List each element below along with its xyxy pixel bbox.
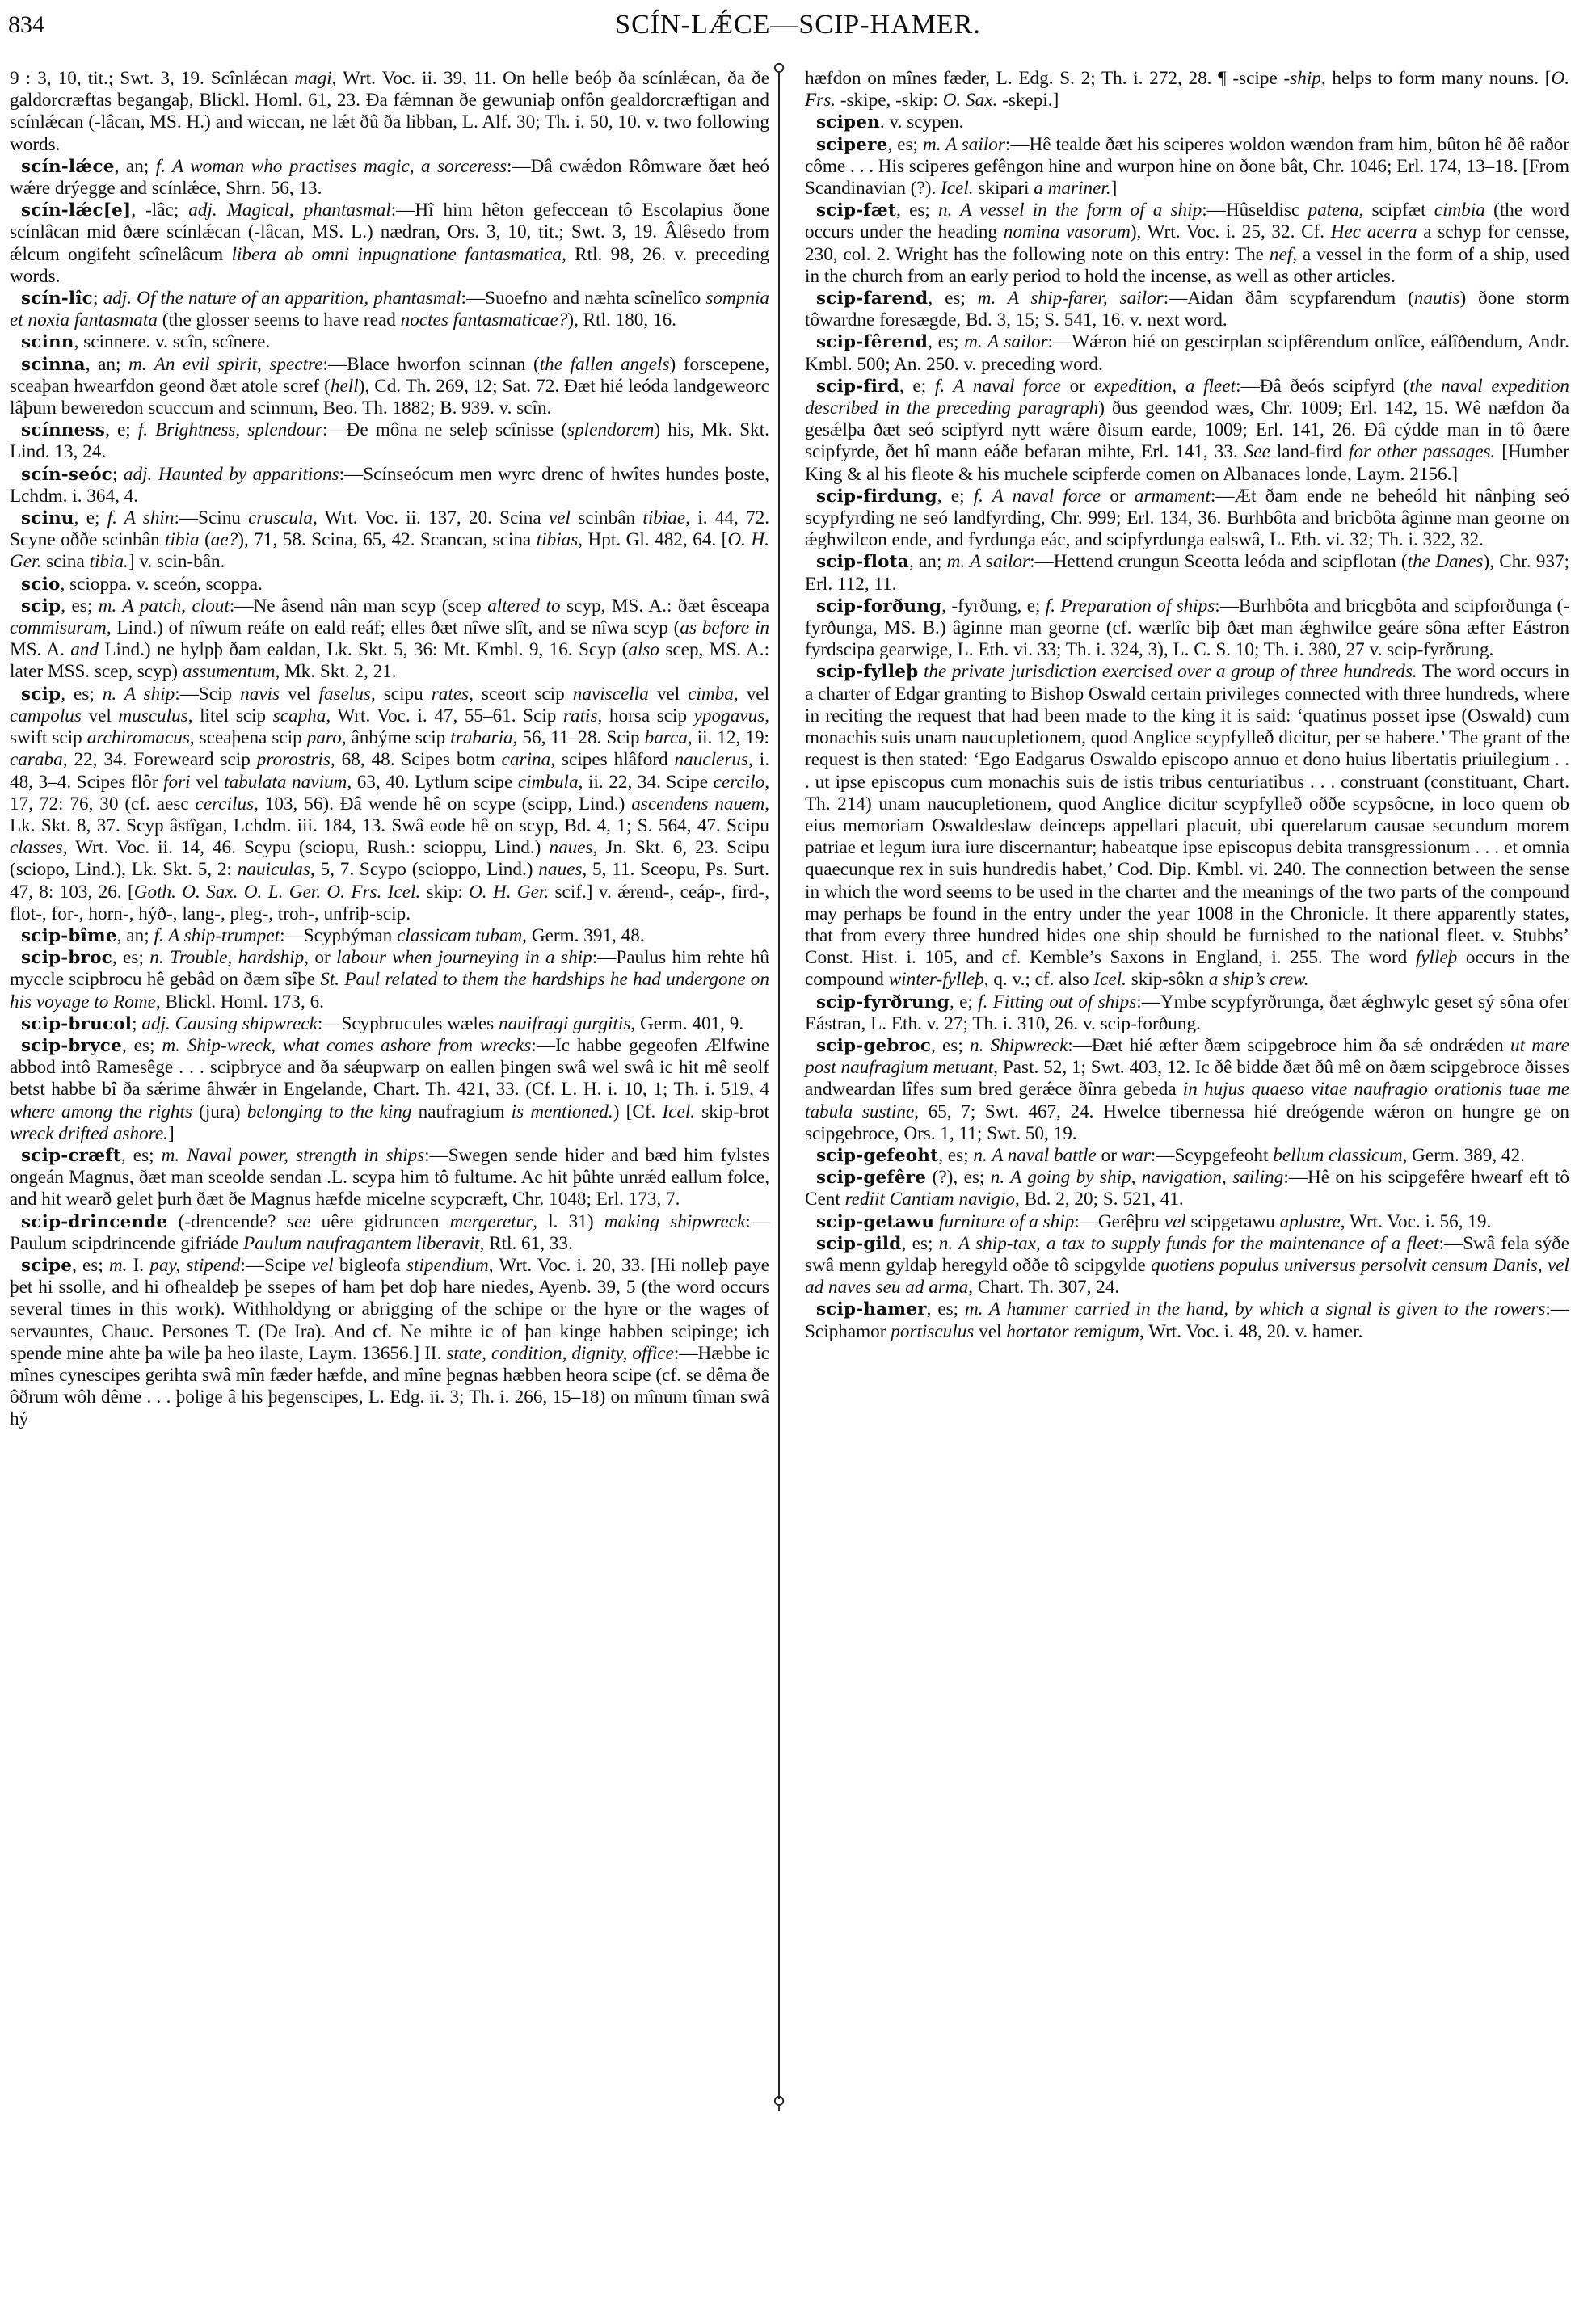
italic-gloss: cimba (688, 684, 734, 705)
entry-text: , Germ. 391, 48. (522, 925, 644, 946)
italic-gloss: Hec acerra (1331, 221, 1417, 242)
dictionary-entry: scipen. v. scypen. (805, 112, 1569, 133)
entry-text: , es; (931, 1035, 970, 1056)
italic-gloss: hortator remigum (1006, 1321, 1139, 1342)
headword: scip-brucol (21, 1014, 132, 1034)
entry-text: ; (112, 464, 124, 485)
entry-text: The word occurs in a charter of Edgar gr… (805, 661, 1569, 968)
entry-text: :—Scip (175, 684, 240, 705)
italic-gloss: patena (1308, 200, 1358, 221)
entry-text: , e; (105, 419, 138, 440)
entry-text: :—Ðâ ðeós scipfyrd ( (1236, 376, 1409, 397)
entry-text: , -fyrðung, e; (941, 596, 1046, 617)
italic-gloss: vel (312, 1255, 334, 1276)
italic-gloss: war (1122, 1145, 1151, 1166)
italic-gloss: f. Fitting out of ships (978, 991, 1136, 1012)
entry-text: . v. scypen. (880, 112, 963, 133)
italic-gloss: mergeretur (450, 1211, 533, 1232)
italic-gloss: adj. Causing shipwreck (141, 1013, 317, 1034)
entry-text: , vel (734, 684, 769, 705)
italic-gloss: campolus (10, 705, 82, 726)
dictionary-entry: scip-bîme, an; f. A ship-trumpet:—Scypbý… (10, 925, 769, 947)
italic-gloss: naues (538, 859, 582, 880)
italic-gloss: m. A hammer carried in the hand, by whic… (965, 1299, 1545, 1320)
headword: scipe (21, 1256, 72, 1276)
entry-text: :—Hettend crungun Sceotta leóda and scip… (1030, 551, 1408, 572)
entry-text: or (309, 947, 336, 968)
italic-gloss: n. A going by ship, navigation, sailing (991, 1167, 1284, 1188)
headword: scip-bîme (21, 926, 117, 946)
headword: scio (21, 575, 61, 595)
italic-gloss: barca (645, 727, 688, 748)
dictionary-entry: scip-bryce, es; m. Ship-wreck, what come… (10, 1035, 769, 1145)
entry-text: vel (649, 684, 688, 705)
entry-text: vel (191, 772, 225, 793)
entry-text: ] v. scin-bân. (128, 551, 225, 572)
entry-text: , 65, 7; Swt. 467, 24. Hwelce tibernessa… (805, 1101, 1569, 1144)
italic-gloss: Icel. (1093, 969, 1126, 990)
headword: scinu (21, 508, 74, 528)
italic-gloss: a ship’s crew. (1209, 969, 1309, 990)
entry-text: , es; (61, 596, 99, 617)
dictionary-entry: scip-hamer, es; m. A hammer carried in t… (805, 1299, 1569, 1342)
entry-text: , es; (887, 134, 922, 155)
italic-gloss: wreck drifted ashore. (10, 1123, 168, 1144)
headword: scínness (21, 420, 105, 440)
headword: scipere (816, 135, 887, 155)
headword: scip-bryce (21, 1036, 122, 1056)
italic-gloss: vel (1164, 1211, 1186, 1232)
headword: scín-seóc (21, 465, 112, 485)
italic-gloss: nauiculas (238, 859, 310, 880)
italic-gloss: carina (502, 749, 551, 770)
italic-gloss: ship (1290, 68, 1321, 89)
headword: scip-fylleþ (816, 662, 918, 682)
entry-text: , Wrt. Voc. ii. 137, 20. Scina (313, 507, 549, 528)
italic-gloss: m. An evil spirit, spectre (128, 354, 322, 375)
italic-gloss: rediit Cantiam navigio (845, 1189, 1015, 1210)
entry-text: , Chart. Th. 307, 24. (968, 1277, 1119, 1298)
italic-gloss: labour when journeying in a ship (336, 947, 592, 968)
italic-gloss: furniture of a ship (939, 1211, 1074, 1232)
italic-gloss: naviscella (573, 684, 649, 705)
entry-text: , sceort scip (469, 684, 573, 705)
running-head: SCÍN-LǼCE—SCIP-HAMER. (0, 10, 1596, 40)
entry-text: , es; (928, 331, 964, 352)
entry-text: , es; (896, 200, 938, 221)
entry-text: :—Scinu (174, 507, 248, 528)
headword: scín-lîc (21, 288, 93, 309)
italic-gloss: nauifragi gurgitis (499, 1013, 630, 1034)
headword: scip-gild (816, 1234, 902, 1254)
italic-gloss: stipendium (406, 1255, 489, 1276)
ornament-bottom-icon: ⚲ (769, 2094, 789, 2112)
headword: scip-fird (816, 377, 899, 397)
headword: scip-gebroc (816, 1036, 931, 1056)
entry-text: , Blickl. Homl. 173, 6. (156, 991, 324, 1012)
italic-gloss: the fallen angels (540, 354, 670, 375)
italic-gloss: adj. Haunted by apparitions (124, 464, 339, 485)
italic-gloss: is mentioned. (512, 1101, 613, 1122)
headword: scip-gefeoht (816, 1146, 938, 1166)
right-column: hæfdon on mînes fæder, L. Edg. S. 2; Th.… (805, 68, 1569, 1343)
headword: scín-lǽce (21, 157, 115, 177)
entry-text: land-fird (1270, 441, 1349, 462)
italic-gloss: trabaria (450, 727, 512, 748)
headword: scip-fyrðrung (816, 992, 950, 1012)
italic-gloss: noctes fantasmaticae? (401, 309, 568, 330)
entry-text: ] (168, 1123, 175, 1144)
entry-text: , an; (117, 925, 154, 946)
entry-text: , Wrt. Voc. i. 56, 19. (1341, 1211, 1492, 1232)
entry-text: , scipes hlâford (550, 749, 674, 770)
entry-text: vel (280, 684, 318, 705)
entry-text: , 22, 34. Foreweard scip (63, 749, 257, 770)
entry-text: , es; (927, 1299, 965, 1320)
headword: scip-farend (816, 288, 928, 309)
headword: scip-firdung (816, 486, 937, 507)
headword: scip (21, 596, 61, 617)
italic-gloss: ypogavus (694, 705, 765, 726)
dictionary-entry: scip-fird, e; f. A naval force or expedi… (805, 376, 1569, 486)
dictionary-entry: scip-drincende (-drencende? see uêre gid… (10, 1211, 769, 1255)
entry-text: , l. 31) (533, 1211, 604, 1232)
entry-text: hæfdon on mînes fæder, L. Edg. S. 2; Th.… (805, 68, 1290, 89)
dictionary-entry: scip-firdung, e; f. A naval force or arm… (805, 486, 1569, 552)
headword: scipen (816, 112, 880, 133)
headword: scip-fæt (816, 200, 896, 221)
entry-text: , scioppa. v. sceón, scoppa. (61, 574, 263, 595)
italic-gloss: bellum classicum (1273, 1145, 1402, 1166)
italic-gloss: tibia. (90, 551, 128, 572)
entry-text: , es; (928, 288, 977, 309)
dictionary-entry: scip-gild, es; n. A ship-tax, a tax to s… (805, 1233, 1569, 1299)
page-header: 834 SCÍN-LǼCE—SCIP-HAMER. (0, 6, 1596, 47)
italic-gloss: faselus (319, 684, 371, 705)
dictionary-entry: scín-lǽc[e], -lâc; adj. Magical, phantas… (10, 200, 769, 288)
dictionary-entry: scip-gefeoht, es; n. A naval battle or w… (805, 1145, 1569, 1167)
dictionary-entry: scip-cræft, es; m. Naval power, strength… (10, 1145, 769, 1211)
entry-text: :—Ðæt hié æfter ðæm scipgebroce him ða s… (1068, 1035, 1510, 1056)
entry-text: , an; (909, 551, 947, 572)
entry-text: (?), es; (926, 1167, 991, 1188)
dictionary-entry: scipere, es; m. A sailor:—Hê tealde ðæt … (805, 134, 1569, 200)
entry-text: , 63, 40. Lytlum scipe (347, 772, 518, 793)
italic-gloss: rates (432, 684, 469, 705)
italic-gloss: archiromacus (87, 727, 190, 748)
entry-text: ), 71, 58. Scina, 65, 42. Scancan, scina (238, 529, 536, 550)
entry-text: ), Wrt. Voc. i. 25, 32. Cf. (1131, 221, 1331, 242)
italic-gloss: navis (240, 684, 280, 705)
italic-gloss: paro (307, 727, 342, 748)
italic-gloss: belonging to the king (247, 1101, 412, 1122)
italic-gloss: f. A naval force (935, 376, 1061, 397)
dictionary-entry: scinn, scinnere. v. scîn, scînere. (10, 331, 769, 353)
italic-gloss: and (70, 639, 99, 660)
entry-text: -skipe, -skip: (836, 90, 943, 111)
italic-gloss: altered to (487, 596, 560, 617)
italic-gloss: pay, stipend (149, 1255, 240, 1276)
entry-text: uêre gidruncen (310, 1211, 449, 1232)
italic-gloss: fori (163, 772, 191, 793)
italic-gloss: tibiae (642, 507, 685, 528)
entry-text: skip-sôkn (1126, 969, 1209, 990)
entry-text: or (1097, 1145, 1122, 1166)
headword: scip-broc (21, 948, 112, 968)
italic-gloss: cruscula (248, 507, 313, 528)
italic-gloss: state, condition, dignity, office (446, 1343, 674, 1364)
dictionary-entry: scip-fêrend, es; m. A sailor:—Wǽron hié … (805, 331, 1569, 375)
italic-gloss: m. A ship-farer, sailor (978, 288, 1164, 309)
entry-text: scina (41, 551, 89, 572)
italic-gloss: assumentum (183, 661, 276, 682)
italic-gloss: as before in (680, 617, 769, 638)
entry-text: I. (127, 1255, 149, 1276)
headword: scip-drincende (21, 1212, 167, 1232)
italic-gloss: cercilus (196, 793, 255, 815)
entry-continuation: 9 : 3, 10, tit.; Swt. 3, 19. Scînlǽcan m… (10, 68, 769, 156)
italic-gloss: tibias (537, 529, 579, 550)
entry-text: skip: (420, 882, 469, 903)
column-rule (778, 74, 780, 2099)
entry-text: , an; (86, 354, 128, 375)
italic-gloss: expedition, a fleet (1094, 376, 1236, 397)
entry-text: :—Scypbrucules wæles (318, 1013, 499, 1034)
entry-text: :—Ne âsend nân man scyp (scep (230, 596, 487, 617)
entry-text: , Lind.) of nîwum reáfe on eald reáf; el… (107, 617, 680, 638)
entry-text: , Germ. 401, 9. (630, 1013, 743, 1034)
entry-text: , Rtl. 61, 33. (480, 1233, 573, 1254)
italic-gloss: m. A sailor (923, 134, 1005, 155)
entry-text: :—Ðe môna ne seleþ scînisse ( (322, 419, 567, 440)
entry-text: vel (82, 705, 119, 726)
italic-gloss: n. Shipwreck (970, 1035, 1068, 1056)
italic-gloss: scapha (273, 705, 326, 726)
entry-text: , es; (61, 684, 103, 705)
entry-text: Lind.) ne hylpþ ðam ealdan, Lk. Skt. 5, … (99, 639, 628, 660)
italic-gloss: the Danes (1408, 551, 1484, 572)
entry-text: naufragium (411, 1101, 511, 1122)
dictionary-entry: scip-forðung, -fyrðung, e; f. Preparatio… (805, 596, 1569, 662)
entry-text: skipari (974, 178, 1034, 199)
entry-text: , 103, 56). Ðâ wende hê on scype (scipp,… (254, 793, 631, 815)
dictionary-entry: scip-broc, es; n. Trouble, hardship, or … (10, 947, 769, 1013)
headword: scinn (21, 332, 74, 352)
headword: scip-forðung (816, 596, 941, 617)
entry-text: -skepi.] (997, 90, 1059, 111)
entry-text: , an; (115, 156, 156, 177)
italic-gloss: cimbula (518, 772, 579, 793)
italic-gloss: aplustre (1280, 1211, 1341, 1232)
italic-gloss: ae? (211, 529, 238, 550)
italic-gloss: Paulum naufragantem liberavit (243, 1233, 479, 1254)
entry-text: , 56, 11–28. Scip (513, 727, 645, 748)
italic-gloss: Goth. O. Sax. O. L. Ger. O. Frs. Icel. (134, 882, 420, 903)
entry-text: , q. v.; cf. also (984, 969, 1094, 990)
entry-text: , Hpt. Gl. 482, 64. [ (578, 529, 727, 550)
dictionary-entry: scín-lîc; adj. Of the nature of an appar… (10, 288, 769, 331)
italic-gloss: n. A ship-tax, a tax to supply funds for… (939, 1233, 1439, 1254)
entry-text: , Bd. 2, 20; S. 521, 41. (1015, 1189, 1184, 1210)
dictionary-entry: scip-getawu furniture of a ship:—Gerêþru… (805, 1211, 1569, 1233)
entry-text: , -lâc; (131, 200, 188, 221)
dictionary-entry: scip-fyrðrung, e; f. Fitting out of ship… (805, 991, 1569, 1035)
entry-text: , es; (72, 1255, 109, 1276)
italic-gloss: naues (549, 837, 592, 858)
headword: scip-fêrend (816, 332, 928, 352)
italic-gloss: caraba (10, 749, 63, 770)
entry-text: , scinnere. v. scîn, scînere. (74, 331, 271, 352)
italic-gloss: armament (1135, 486, 1211, 507)
entry-text: skip-brot (695, 1101, 769, 1122)
italic-gloss: f. A naval force (974, 486, 1101, 507)
entry-continuation: hæfdon on mînes fæder, L. Edg. S. 2; Th.… (805, 68, 1569, 112)
headword: scip-cræft (21, 1146, 121, 1166)
entry-text: bigleofa (334, 1255, 406, 1276)
italic-gloss: making shipwreck (604, 1211, 746, 1232)
italic-gloss: nautis (1414, 288, 1460, 309)
entry-text: , Wrt. Voc. i. 47, 55–61. Scip (326, 705, 563, 726)
entry-text: (jura) (192, 1101, 247, 1122)
dictionary-entry: scip-gebroc, es; n. Shipwreck:—Ðæt hié æ… (805, 1035, 1569, 1145)
italic-gloss: classicam tubam (397, 925, 522, 946)
italic-gloss: n. A naval battle (973, 1145, 1096, 1166)
entry-text: :—Aidan ðâm scypfarendum ( (1164, 288, 1414, 309)
italic-gloss: f. A woman who practises magic, a sorcer… (156, 156, 507, 177)
italic-gloss: m. A sailor (947, 551, 1030, 572)
headword: scip-getawu (816, 1212, 934, 1232)
italic-gloss: portisculus (891, 1321, 974, 1342)
italic-gloss: n. A ship (103, 684, 175, 705)
italic-gloss: n. Trouble, hardship, (149, 947, 309, 968)
italic-gloss: hell (331, 376, 359, 397)
dictionary-entry: scip-fylleþ the private jurisdiction exe… (805, 661, 1569, 991)
italic-gloss: m. (109, 1255, 128, 1276)
italic-gloss: commisuram (10, 617, 107, 638)
entry-text: ), Rtl. 180, 16. (567, 309, 676, 330)
entry-text: , horsa scip (598, 705, 694, 726)
italic-gloss: where among the rights (10, 1101, 192, 1122)
dictionary-entry: scip-brucol; adj. Causing shipwreck:—Scy… (10, 1013, 769, 1035)
entry-text (918, 661, 924, 682)
entry-text: , Germ. 389, 42. (1403, 1145, 1525, 1166)
italic-gloss: f. A ship-trumpet (154, 925, 280, 946)
italic-gloss: musculus (118, 705, 187, 726)
entry-text: , helps to form many nouns. [ (1321, 68, 1552, 89)
italic-gloss: nomina vasorum (1004, 221, 1131, 242)
entry-text: , ii. 22, 34. Scipe (579, 772, 714, 793)
dictionary-entry: scip-fæt, es; n. A vessel in the form of… (805, 200, 1569, 288)
dictionary-entry: scip-flota, an; m. A sailor:—Hettend cru… (805, 551, 1569, 595)
entry-text: , es; (938, 1145, 973, 1166)
entry-text: , Mk. Skt. 2, 21. (275, 661, 396, 682)
italic-gloss: a mariner. (1034, 178, 1110, 199)
entry-text: (the glosser seems to have read (158, 309, 401, 330)
dictionary-entry: scip, es; m. A patch, clout:—Ne âsend nâ… (10, 596, 769, 684)
entry-text: , e; (937, 486, 974, 507)
italic-gloss: cimbia (1434, 200, 1485, 221)
italic-gloss: n. A vessel in the form of a ship (938, 200, 1202, 221)
entry-text: , es; (122, 1035, 162, 1056)
headword: scip (21, 684, 61, 705)
entry-text: :—Scypbýman (280, 925, 397, 946)
italic-gloss: m. Naval power, strength in ships (162, 1145, 425, 1166)
headword: scinna (21, 355, 86, 375)
headword: scip-hamer (816, 1299, 927, 1320)
italic-gloss: ascendens nauem (631, 793, 764, 815)
italic-gloss: fylleþ (1416, 947, 1458, 968)
italic-gloss: f. Preparation of ships (1046, 596, 1215, 617)
italic-gloss: the private jurisdiction exercised over … (924, 661, 1417, 682)
entry-text: , sceaþena scip (190, 727, 307, 748)
italic-gloss: m. A patch, clout (99, 596, 230, 617)
italic-gloss: winter-fylleþ (889, 969, 984, 990)
entry-text: :—Gerêþru (1074, 1211, 1164, 1232)
entry-text: :—Hûseldisc (1202, 200, 1308, 221)
entry-text: , scipu (371, 684, 432, 705)
dictionary-entry: scio, scioppa. v. sceón, scoppa. (10, 574, 769, 596)
italic-gloss: m. Ship-wreck, what comes ashore from wr… (162, 1035, 531, 1056)
italic-gloss: tabulata navium (224, 772, 347, 793)
dictionary-entry: scip-farend, es; m. A ship-farer, sailor… (805, 288, 1569, 331)
dictionary-entry: scín-seóc; adj. Haunted by apparitions:—… (10, 464, 769, 507)
entry-text: , Wrt. Voc. i. 48, 20. v. hamer. (1139, 1321, 1362, 1342)
entry-text: , ii. 12, 19: (688, 727, 769, 748)
dictionary-entry: scinu, e; f. A shin:—Scinu cruscula, Wrt… (10, 507, 769, 574)
entry-text: , litel scip (188, 705, 273, 726)
dictionary-entry: scip-gefêre (?), es; n. A going by ship,… (805, 1167, 1569, 1210)
entry-text: ; (93, 288, 103, 309)
entry-text: vel (974, 1321, 1006, 1342)
italic-gloss: splendorem (567, 419, 654, 440)
italic-gloss: adj. Of the nature of an apparition, pha… (103, 288, 461, 309)
italic-gloss: magi (294, 68, 331, 89)
entry-text: :—Blace hworfon scinnan ( (322, 354, 539, 375)
entry-text: or (1061, 376, 1094, 397)
entry-text: , Wrt. Voc. ii. 14, 46. Scypu (sciopu, R… (63, 837, 550, 858)
italic-gloss: see (287, 1211, 311, 1232)
entry-text: :—Suoefno and næhta scînelîco (461, 288, 706, 309)
entry-text: , es; (112, 947, 149, 968)
italic-gloss: m. A sailor (964, 331, 1047, 352)
dictionary-entry: scinna, an; m. An evil spirit, spectre:—… (10, 354, 769, 420)
entry-text: , 5, 7. Scypo (scioppo, Lind.) (310, 859, 538, 880)
left-column: 9 : 3, 10, tit.; Swt. 3, 19. Scînlǽcan m… (10, 68, 769, 1431)
italic-gloss: f. Brightness, splendour (138, 419, 322, 440)
italic-gloss: libera ab omni inpugnatione fantasmatica (231, 244, 562, 265)
italic-gloss: Icel. (663, 1101, 696, 1122)
italic-gloss: See (1244, 441, 1270, 462)
dictionary-entry: scip, es; n. A ship:—Scip navis vel fase… (10, 684, 769, 925)
entry-text: ( (200, 529, 211, 550)
italic-gloss: adj. Magical, phantasmal (188, 200, 391, 221)
italic-gloss: prorostris (257, 749, 331, 770)
entry-text: MS. A. (10, 639, 70, 660)
italic-gloss: O. H. Ger. (469, 882, 549, 903)
headword: scip-gefêre (816, 1168, 926, 1188)
entry-text: or (1101, 486, 1135, 507)
entry-text: ] (1111, 178, 1118, 199)
italic-gloss: vel (549, 507, 571, 528)
italic-gloss: Icel. (941, 178, 974, 199)
dictionary-entry: scipe, es; m. I. pay, stipend:—Scipe vel… (10, 1255, 769, 1431)
entry-text: scipgetawu (1186, 1211, 1280, 1232)
italic-gloss: also (628, 639, 659, 660)
entry-text: , es; (121, 1145, 162, 1166)
dictionary-entry: scínness, e; f. Brightness, splendour:—Ð… (10, 419, 769, 463)
entry-text: ; (132, 1013, 141, 1034)
italic-gloss: tibia (165, 529, 200, 550)
